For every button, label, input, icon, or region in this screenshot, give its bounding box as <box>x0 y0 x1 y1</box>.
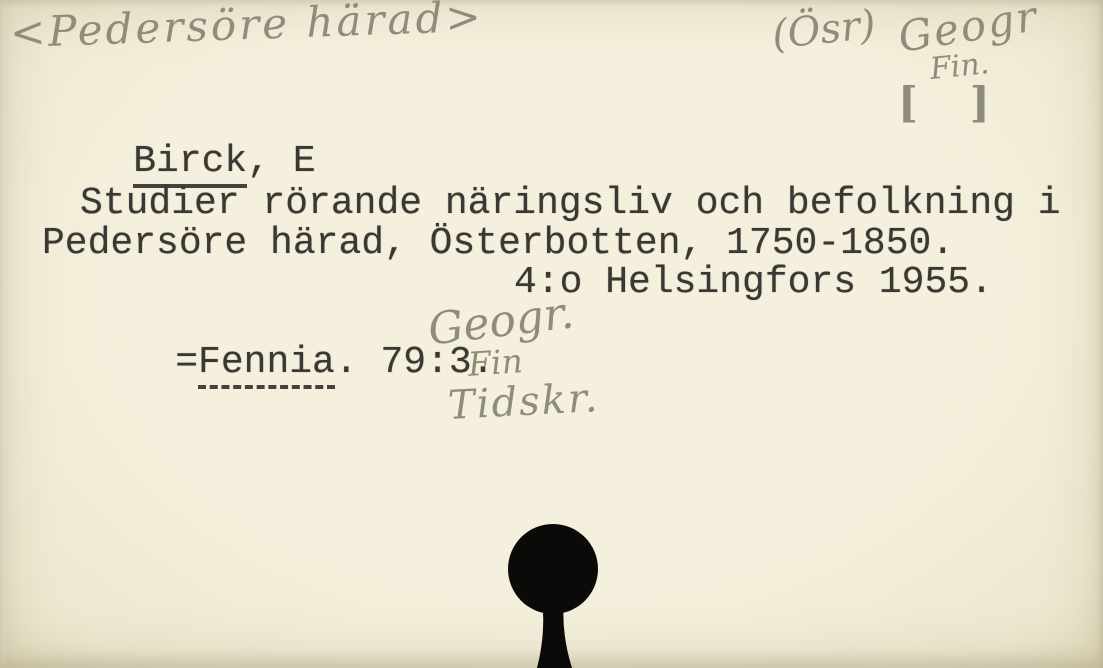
series-title: Fennia <box>198 341 335 389</box>
series-equals-sign: = <box>175 341 198 384</box>
author-initial: , E <box>247 140 315 183</box>
series-note-fin-annotation: Fin <box>467 344 524 381</box>
bracket-left: [ <box>898 82 918 124</box>
shelfmark-paren-annotation: (Ösr) <box>770 5 877 56</box>
classification-brackets: [] <box>898 82 990 124</box>
author-surname: Birck <box>133 140 247 188</box>
title-line-1: Studier rörande näringsliv och befolknin… <box>80 184 1061 224</box>
title-line-2: Pedersöre härad, Österbotten, 1750-1850. <box>42 224 954 264</box>
imprint-line: 4:o Helsingfors 1955. <box>514 263 993 303</box>
catalog-rod-punch-hole <box>493 521 613 668</box>
catalog-card: <Pedersöre härad> (Ösr) Geogr Fin. [] Bi… <box>0 0 1103 668</box>
subject-heading-annotation: <Pedersöre härad> <box>9 0 484 54</box>
series-note-tidskr-annotation: Tidskr. <box>447 378 600 426</box>
bracket-right: ] <box>970 82 990 124</box>
